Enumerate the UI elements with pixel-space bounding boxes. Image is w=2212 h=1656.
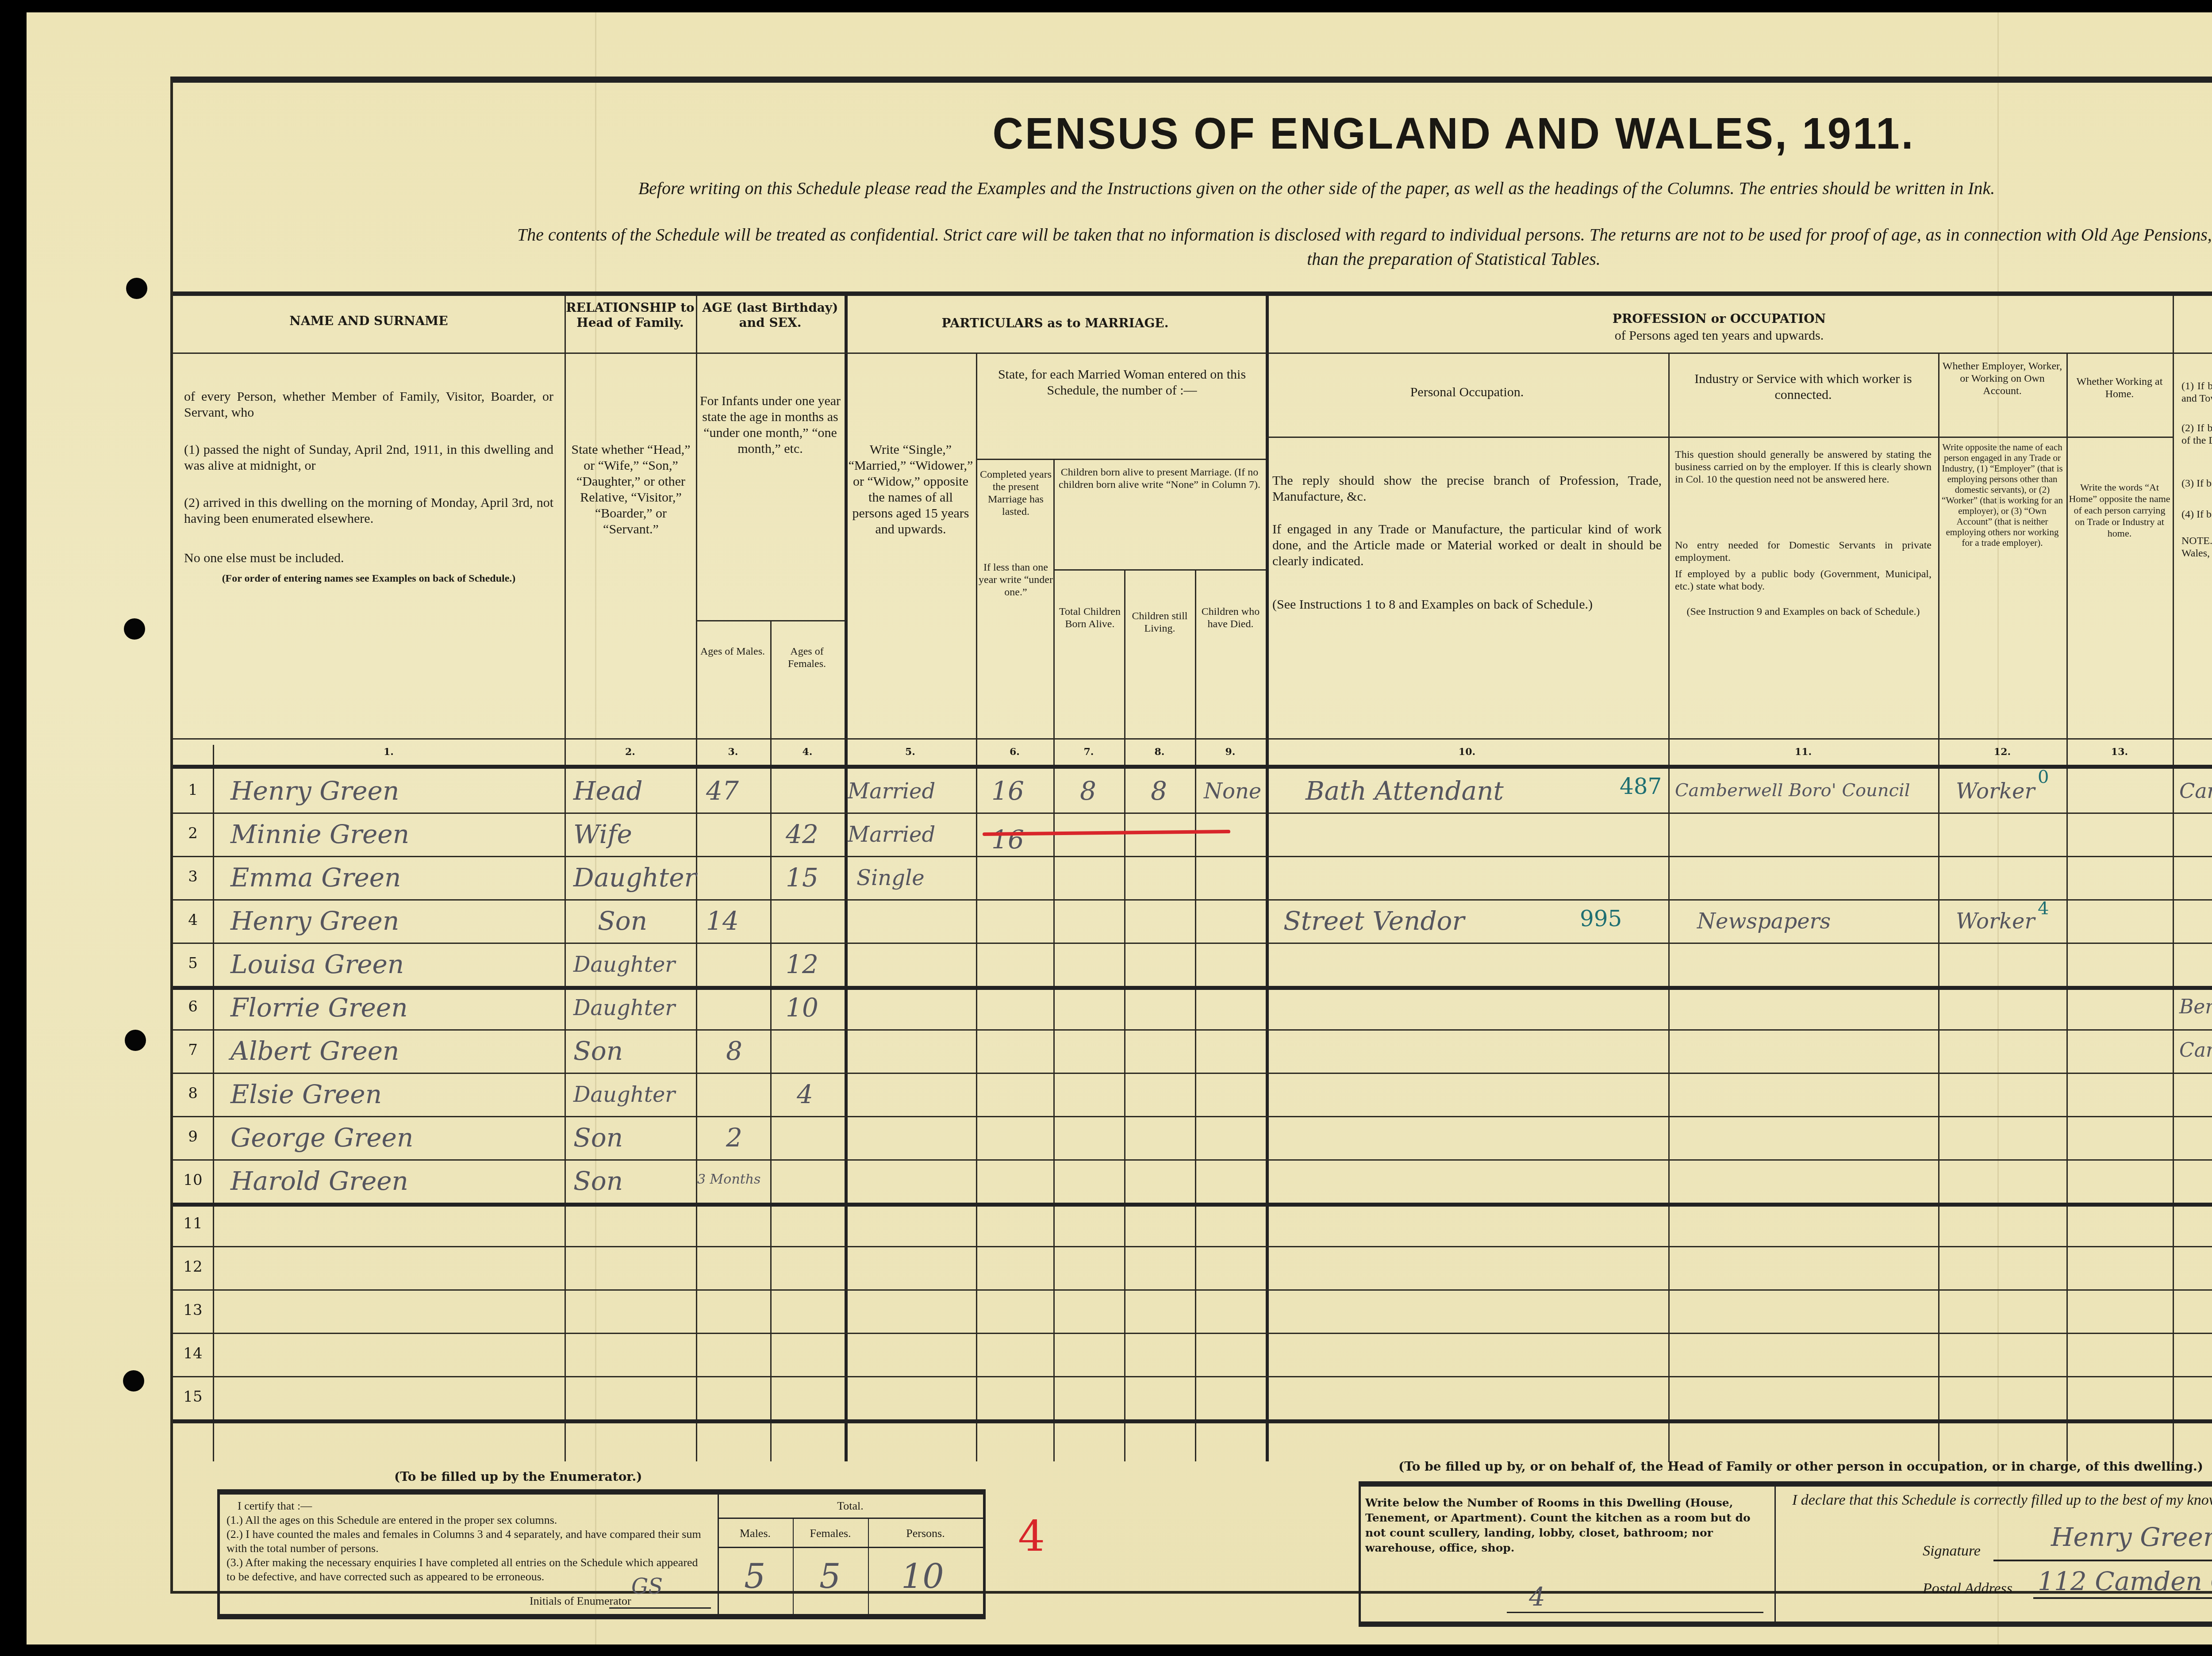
children-born-desc: Children born alive to present Marriage.… [1056, 466, 1263, 491]
row-divider [173, 943, 2212, 944]
total-males: 5 [744, 1556, 765, 1596]
personal-occupation: Street Vendor [1283, 906, 1464, 936]
head-of-family-box: Write below the Number of Rooms in this … [1359, 1481, 2212, 1627]
marriage-years: 16 [991, 776, 1024, 806]
confidential-notice-cont: than the preparation of Statistical Tabl… [173, 249, 2212, 269]
heading-name: NAME AND SURNAME [173, 314, 565, 329]
header-divider [976, 459, 1266, 460]
col-number: 14. [2173, 746, 2212, 758]
rooms-line [1507, 1612, 1763, 1613]
birthplace: Camberwell London [2179, 779, 2212, 803]
row-divider [173, 1073, 2212, 1074]
row-number: 11 [173, 1215, 213, 1232]
signature-label: Signature [1923, 1544, 1981, 1558]
name-desc-1: of every Person, whether Member of Famil… [184, 389, 553, 421]
person-relationship: Son [573, 1166, 623, 1196]
marriage-write-desc: Write “Single,” “Married,” “Widower,” or… [848, 442, 974, 537]
person-name: Louisa Green [230, 949, 404, 979]
col-line [213, 745, 214, 1461]
name-desc-2: (1) passed the night of Sunday, April 2n… [184, 442, 553, 474]
col-number: 8. [1124, 746, 1195, 758]
col-number: 6. [976, 746, 1053, 758]
person-condition: Married [848, 779, 935, 804]
person-relationship: Wife [573, 819, 632, 849]
employer-label: Whether Employer, Worker, or Working on … [1940, 360, 2064, 397]
person-name: Henry Green [230, 776, 399, 806]
postal-address-label: Postal Address [1923, 1582, 2012, 1596]
census-schedule-page: CENSUS OF ENGLAND AND WALES, 1911. Befor… [27, 12, 2212, 1644]
person-relationship: Son [598, 906, 647, 936]
occupation-code: 487 [1620, 774, 1662, 799]
row-divider [173, 1333, 2212, 1334]
persons-label: Persons. [868, 1526, 983, 1541]
name-desc-3: (2) arrived in this dwelling on the morn… [184, 495, 553, 527]
relationship-desc: State whether “Head,” or “Wife,” “Son,” … [569, 442, 693, 537]
row-divider [173, 813, 2212, 814]
col-number: 7. [1053, 746, 1124, 758]
row-divider [173, 899, 2212, 901]
col-number: 12. [1938, 746, 2066, 758]
person-relationship: Son [573, 1123, 623, 1153]
name-desc-5: (For order of entering names see Example… [184, 572, 553, 585]
schedule-frame: CENSUS OF ENGLAND AND WALES, 1911. Befor… [170, 77, 2212, 1594]
row-number: 15 [173, 1388, 213, 1406]
rooms-instructions: Write below the Number of Rooms in this … [1365, 1495, 1763, 1556]
heading-age: AGE (last Birthday) and SEX. [696, 300, 845, 330]
birthplace-desc-1: (1) If born in the United Kingdom, write… [2181, 380, 2212, 405]
head-of-family-caption: (To be filled up by, or on behalf of, th… [1398, 1459, 2203, 1474]
person-age-male: 8 [726, 1036, 742, 1066]
employment-status: Worker [1956, 779, 2035, 804]
row-divider [173, 986, 2212, 990]
col-number: 2. [565, 746, 696, 758]
punch-hole [126, 278, 147, 299]
col-line [845, 296, 848, 1461]
person-name: Elsie Green [230, 1079, 382, 1109]
children-born: 8 [1080, 776, 1096, 806]
person-relationship: Daughter [573, 862, 696, 893]
person-condition: Married [848, 822, 935, 847]
declaration: I declare that this Schedule is correctl… [1792, 1493, 2212, 1507]
row-number: 3 [173, 868, 213, 885]
col-number: 3. [696, 746, 770, 758]
row-number: 6 [173, 998, 213, 1016]
col-line [1053, 460, 1055, 1461]
enumerator-certificate-box: I certify that :— (1.) All the ages on t… [217, 1489, 986, 1619]
employment-status: Worker [1956, 909, 2035, 934]
birthplace: Camberwell London [2179, 1039, 2212, 1062]
header-divider [173, 738, 2212, 740]
total-children-label: Total Children Born Alive. [1056, 606, 1124, 630]
col-line [1774, 1487, 1776, 1621]
enumerator-caption: (To be filled up by the Enumerator.) [394, 1469, 642, 1484]
instruction-line: Before writing on this Schedule please r… [173, 178, 2212, 199]
row-divider [173, 1029, 2212, 1031]
heading-occupation: PROFESSION or OCCUPATION [1266, 311, 2173, 326]
col-line [2066, 353, 2068, 1461]
personal-desc-2: If engaged in any Trade or Manufacture, … [1272, 521, 1662, 569]
certify-item-2: (2.) I have counted the males and female… [227, 1527, 704, 1556]
punch-hole [124, 618, 145, 640]
name-desc-4: No one else must be included. [184, 550, 553, 566]
person-age-female: 10 [786, 993, 818, 1023]
total-persons: 10 [901, 1556, 944, 1596]
confidential-notice: The contents of the Schedule will be tre… [182, 224, 2212, 245]
occupation-subheading: of Persons aged ten years and upwards. [1266, 328, 2173, 344]
person-relationship: Daughter [573, 952, 675, 977]
person-name: Minnie Green [230, 819, 409, 849]
employer-desc: Write opposite the name of each person e… [1940, 442, 2064, 548]
industry-desc-1: This question should generally be answer… [1675, 448, 1932, 486]
col-line [976, 353, 977, 1461]
birthplace-desc-2: (2) If born in any other part of the Bri… [2181, 422, 2212, 447]
postal-address-value: 112 Camden Grove North [2038, 1566, 2212, 1596]
row-number: 9 [173, 1128, 213, 1146]
certify-label: I certify that :— [238, 1499, 312, 1513]
birthplace-desc-4: (4) If born at sea, write “At Sea.” [2181, 508, 2212, 521]
signature-value: Henry Green [2051, 1522, 2212, 1552]
initials-line [609, 1607, 711, 1609]
home-label: Whether Working at Home. [2069, 376, 2170, 400]
header-divider [173, 765, 2212, 769]
col-number: 10. [1266, 746, 1668, 758]
punch-hole [125, 1030, 146, 1051]
col-number: 4. [770, 746, 845, 758]
completed-years-note: If less than one year write “under one.” [978, 561, 1053, 598]
row-divider [173, 1159, 2212, 1161]
col-line [1266, 296, 1269, 1461]
females-label: Females. [793, 1526, 868, 1541]
industry: Camberwell Boro' Council [1675, 780, 1910, 801]
person-age-male: 14 [706, 906, 739, 936]
signature-line [1993, 1560, 2212, 1561]
marriage-years: 16 [991, 824, 1024, 855]
personal-desc-3: (See Instructions 1 to 8 and Examples on… [1272, 597, 1662, 613]
row-number: 10 [173, 1171, 213, 1189]
person-age-female: 12 [786, 949, 818, 979]
rooms-value: 4 [1529, 1582, 1545, 1612]
row-number: 1 [173, 781, 213, 799]
row-divider [173, 1203, 2212, 1207]
col-line [868, 1518, 869, 1614]
row-number: 7 [173, 1041, 213, 1059]
header-divider [1053, 569, 1266, 571]
initials-value: GS [631, 1574, 663, 1599]
birthplace: Bermondsey London [2179, 996, 2212, 1018]
col-line [1668, 353, 1670, 1461]
row-number: 8 [173, 1085, 213, 1102]
home-desc: Write the words “At Home” opposite the n… [2069, 482, 2170, 539]
row-number: 5 [173, 954, 213, 972]
occupation-code: 995 [1580, 906, 1622, 931]
col-line [793, 1518, 794, 1614]
row-divider [173, 856, 2212, 857]
col-line [1195, 570, 1196, 1461]
children-died: None [1204, 779, 1261, 804]
industry-label: Industry or Service with which worker is… [1673, 371, 1934, 403]
total-label: Total. [718, 1499, 983, 1513]
header-divider [173, 353, 2212, 354]
address-line [2033, 1597, 2212, 1599]
col-number: 9. [1195, 746, 1266, 758]
person-condition: Single [856, 866, 925, 890]
red-mark: 4 [1018, 1511, 1045, 1561]
header-divider [1266, 437, 2066, 438]
certify-item-1: (1.) All the ages on this Schedule are e… [227, 1513, 704, 1527]
personal-desc-1: The reply should show the precise branch… [1272, 473, 1662, 505]
person-relationship: Son [573, 1036, 623, 1066]
industry-desc-3: If employed by a public body (Government… [1675, 568, 1932, 593]
col-line [565, 296, 566, 1461]
person-age-female: 42 [786, 819, 818, 849]
males-label: Males. [718, 1526, 793, 1541]
header-divider [2066, 437, 2173, 438]
header-divider [696, 620, 845, 621]
person-relationship: Daughter [573, 1082, 675, 1107]
person-age-male: 47 [706, 776, 739, 806]
col-line [1938, 353, 1939, 1461]
row-number: 13 [173, 1301, 213, 1319]
person-relationship: Daughter [573, 996, 675, 1020]
col-number: 1. [213, 746, 565, 758]
row-number: 12 [173, 1258, 213, 1276]
col-number: 13. [2066, 746, 2173, 758]
birthplace-desc-3: (3) If born in a Foreign Country, write … [2181, 477, 2212, 490]
row-divider [173, 1419, 2212, 1423]
heading-birthplace: BIRTHPLACE of every person. [2173, 316, 2212, 331]
col-number: 5. [845, 746, 976, 758]
col-line [2173, 296, 2174, 1461]
person-name: Albert Green [230, 1036, 399, 1066]
punch-hole [123, 1370, 144, 1391]
row-divider [173, 1246, 2212, 1247]
children-living: 8 [1151, 776, 1167, 806]
document-title: CENSUS OF ENGLAND AND WALES, 1911. [173, 108, 2212, 159]
employment-code: 4 [2038, 898, 2049, 919]
heading-relationship: RELATIONSHIP to Head of Family. [565, 300, 696, 330]
initials-label: Initials of Enumerator [530, 1594, 631, 1608]
person-age-female: 4 [797, 1079, 813, 1109]
ages-females-label: Ages of Females. [772, 645, 842, 670]
person-name: Henry Green [230, 906, 399, 936]
household-table: NAME AND SURNAME of every Person, whethe… [173, 291, 2212, 1461]
person-age-female: 15 [786, 862, 818, 893]
col-number: 11. [1668, 746, 1938, 758]
row-divider [173, 1116, 2212, 1117]
row-number: 2 [173, 824, 213, 842]
divider [718, 1518, 983, 1519]
row-number: 14 [173, 1345, 213, 1362]
row-number: 4 [173, 911, 213, 929]
person-name: George Green [230, 1123, 413, 1153]
divider [718, 1547, 983, 1548]
industry-desc-2: No entry needed for Domestic Servants in… [1675, 539, 1932, 564]
person-name: Florrie Green [230, 993, 408, 1023]
completed-years-label: Completed years the present Marriage has… [978, 468, 1053, 518]
personal-occupation: Bath Attendant [1306, 776, 1504, 806]
heading-marriage: PARTICULARS as to MARRIAGE. [845, 316, 1266, 331]
ages-males-label: Ages of Males. [697, 645, 768, 658]
row-divider [173, 1289, 2212, 1291]
children-living-label: Children still Living. [1125, 610, 1194, 635]
employment-code: 0 [2038, 767, 2049, 787]
person-name: Harold Green [230, 1166, 408, 1196]
industry-desc-4: (See Instruction 9 and Examples on back … [1675, 606, 1932, 618]
children-died-label: Children who have Died. [1196, 606, 1265, 630]
col-line [1124, 570, 1125, 1461]
person-age-male: 2 [726, 1123, 742, 1153]
person-relationship: Head [573, 776, 643, 806]
total-females: 5 [819, 1556, 841, 1596]
birthplace-note: NOTE.—In the case of persons born elsewh… [2181, 535, 2212, 560]
age-infant-desc: For Infants under one year state the age… [699, 393, 841, 457]
row-divider [173, 1376, 2212, 1377]
person-age-male: 3 Months [697, 1172, 761, 1187]
personal-occupation-label: Personal Occupation. [1266, 384, 1668, 400]
married-woman-desc: State, for each Married Woman entered on… [983, 367, 1261, 399]
industry: Newspapers [1697, 909, 1831, 934]
person-name: Emma Green [230, 862, 401, 893]
